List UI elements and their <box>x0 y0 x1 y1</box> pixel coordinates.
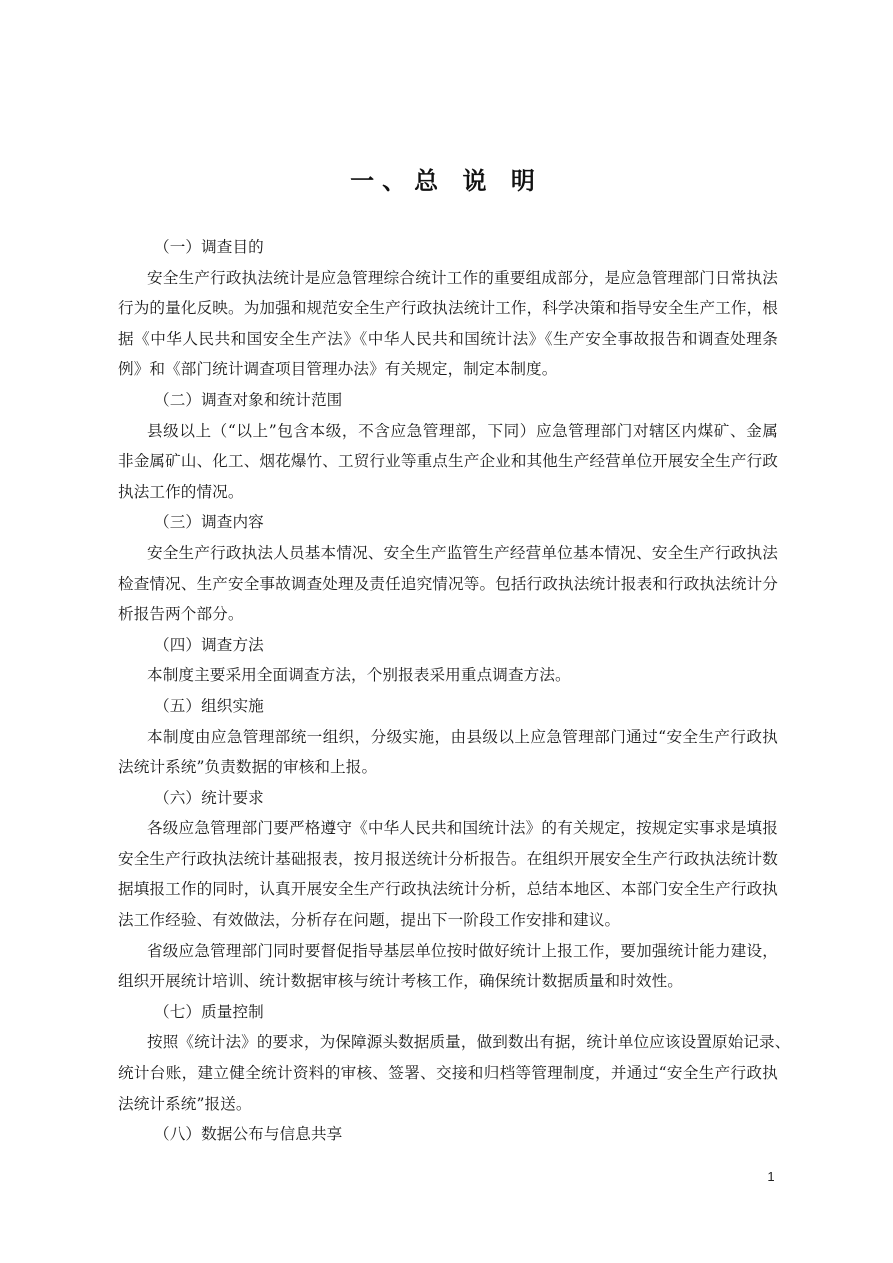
paragraph-line: 统计台账，建立健全统计资料的审核、签署、交接和归档等管理制度，并通过“安全生产行… <box>118 1058 778 1089</box>
page-title: 一、总 说 明 <box>0 163 893 199</box>
paragraph-line: 执法工作的情况。 <box>118 477 778 508</box>
document-body: （一）调查目的 安全生产行政执法统计是应急管理综合统计工作的重要组成部分，是应急… <box>118 232 778 1150</box>
section-heading-data-publication: （八）数据公布与信息共享 <box>118 1119 778 1150</box>
section-heading-scope: （二）调查对象和统计范围 <box>118 385 778 416</box>
paragraph-line: 县级以上（“以上”包含本级，不含应急管理部，下同）应急管理部门对辖区内煤矿、金属 <box>118 416 778 447</box>
paragraph-line: 行为的量化反映。为加强和规范安全生产行政执法统计工作，科学决策和指导安全生产工作… <box>118 293 778 324</box>
paragraph-line: 析报告两个部分。 <box>118 599 778 630</box>
paragraph-line: 省级应急管理部门同时要督促指导基层单位按时做好统计上报工作，要加强统计能力建设， <box>118 936 778 967</box>
paragraph-line: 组织开展统计培训、统计数据审核与统计考核工作，确保统计数据质量和时效性。 <box>118 966 778 997</box>
paragraph-line: 法统计系统”负责数据的审核和上报。 <box>118 752 778 783</box>
paragraph-line: 各级应急管理部门要严格遵守《中华人民共和国统计法》的有关规定，按规定实事求是填报 <box>118 813 778 844</box>
section-heading-purpose: （一）调查目的 <box>118 232 778 263</box>
section-heading-content: （三）调查内容 <box>118 507 778 538</box>
section-heading-method: （四）调查方法 <box>118 630 778 661</box>
paragraph-line: 本制度由应急管理部统一组织，分级实施，由县级以上应急管理部门通过“安全生产行政执 <box>118 722 778 753</box>
paragraph-line: 安全生产行政执法统计是应急管理综合统计工作的重要组成部分，是应急管理部门日常执法 <box>118 263 778 294</box>
paragraph-line: 例》和《部门统计调查项目管理办法》有关规定，制定本制度。 <box>118 354 778 385</box>
paragraph-line: 法工作经验、有效做法，分析存在问题，提出下一阶段工作安排和建议。 <box>118 905 778 936</box>
paragraph-line: 安全生产行政执法人员基本情况、安全生产监管生产经营单位基本情况、安全生产行政执法 <box>118 538 778 569</box>
paragraph-line: 安全生产行政执法统计基础报表，按月报送统计分析报告。在组织开展安全生产行政执法统… <box>118 844 778 875</box>
page-number: 1 <box>756 1169 786 1184</box>
paragraph-line: 据填报工作的同时，认真开展安全生产行政执法统计分析，总结本地区、本部门安全生产行… <box>118 874 778 905</box>
paragraph-line: 法统计系统”报送。 <box>118 1089 778 1120</box>
paragraph-line: 按照《统计法》的要求，为保障源头数据质量，做到数出有据，统计单位应该设置原始记录… <box>118 1027 778 1058</box>
paragraph-line: 据《中华人民共和国安全生产法》《中华人民共和国统计法》《生产安全事故报告和调查处… <box>118 324 778 355</box>
section-heading-quality-control: （七）质量控制 <box>118 997 778 1028</box>
paragraph-line: 非金属矿山、化工、烟花爆竹、工贸行业等重点生产企业和其他生产经营单位开展安全生产… <box>118 446 778 477</box>
paragraph-line: 检查情况、生产安全事故调查处理及责任追究情况等。包括行政执法统计报表和行政执法统… <box>118 569 778 600</box>
document-page: 一、总 说 明 （一）调查目的 安全生产行政执法统计是应急管理综合统计工作的重要… <box>0 0 893 1263</box>
paragraph-line: 本制度主要采用全面调查方法，个别报表采用重点调查方法。 <box>118 660 778 691</box>
section-heading-requirements: （六）统计要求 <box>118 783 778 814</box>
section-heading-implementation: （五）组织实施 <box>118 691 778 722</box>
